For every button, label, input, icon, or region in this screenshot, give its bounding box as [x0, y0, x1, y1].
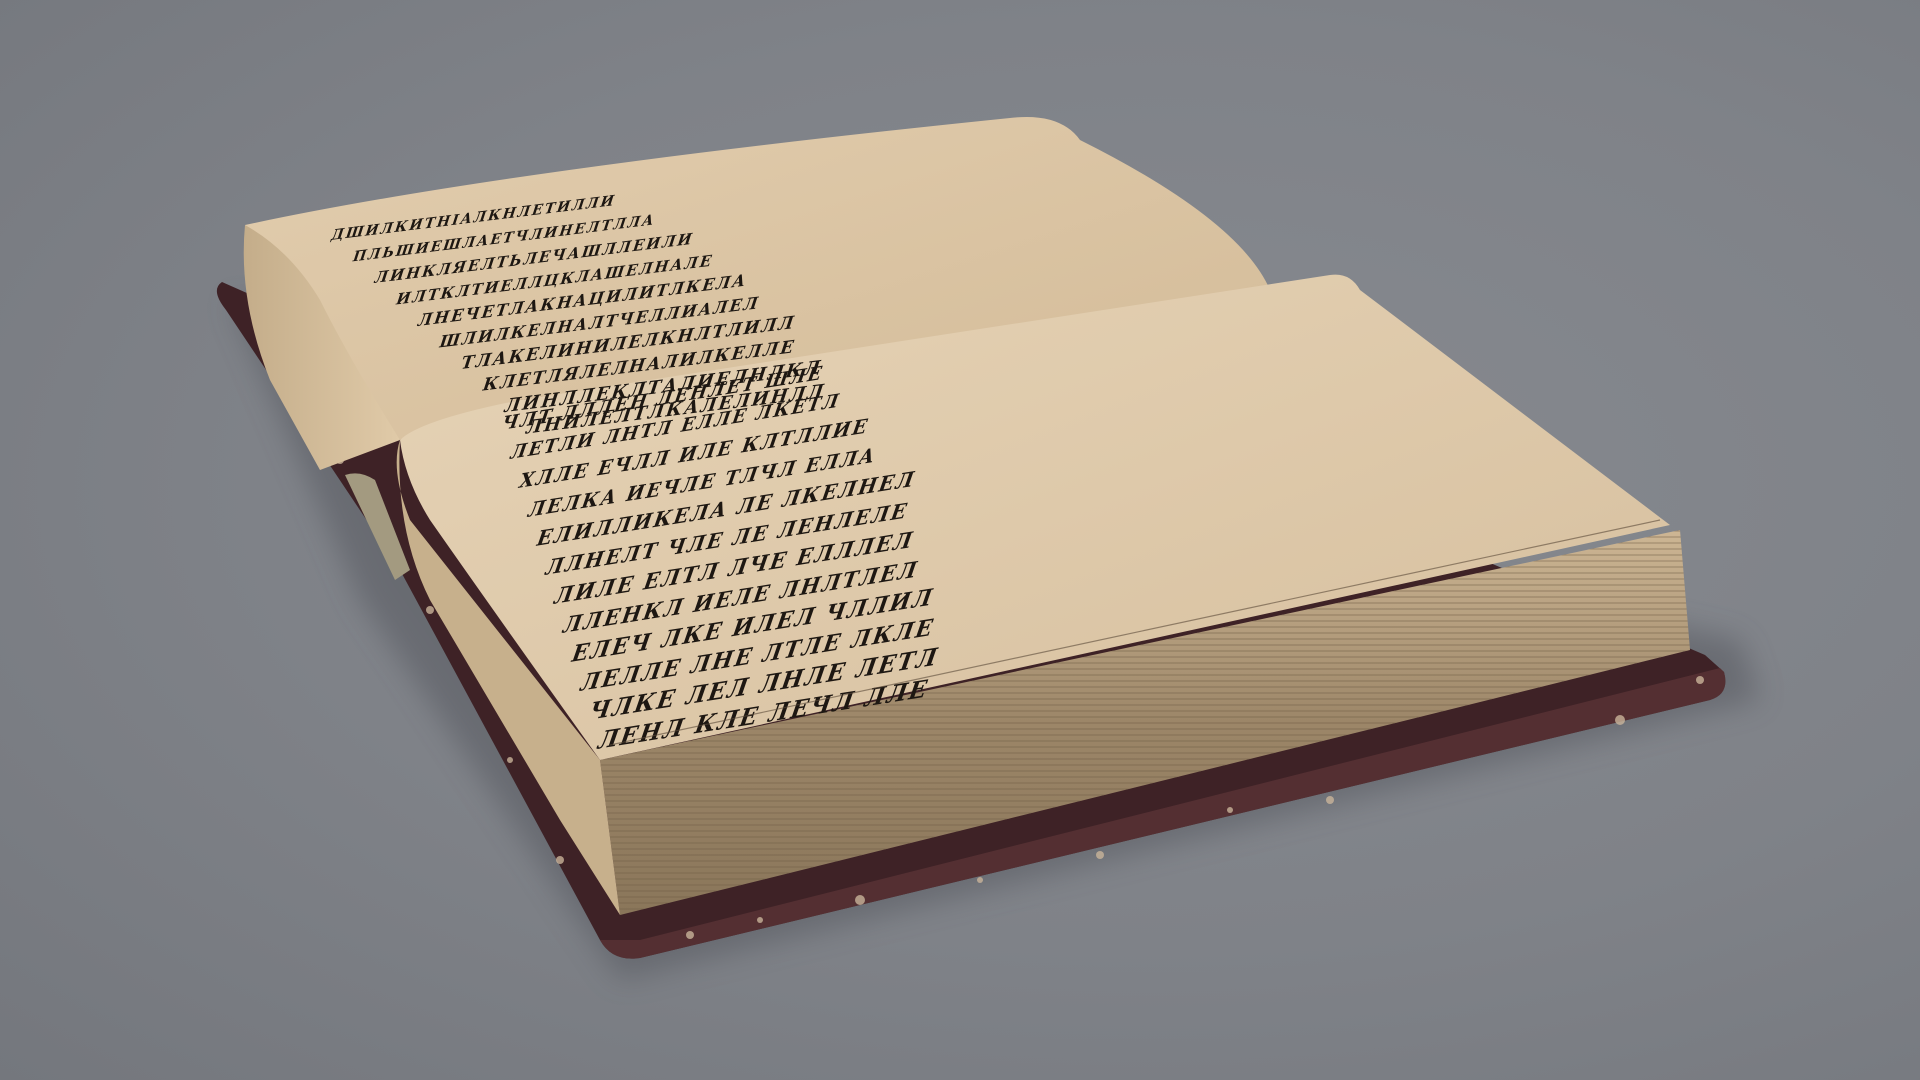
- open-book-illustration: ДШИЛКИТНІАЛКНЛЕТИЛЛИ ПЛЬШИЕШЛАЕТЧЛИНЕЛТЛ…: [0, 0, 1920, 1080]
- book-scene: ДШИЛКИТНІАЛКНЛЕТИЛЛИ ПЛЬШИЕШЛАЕТЧЛИНЕЛТЛ…: [0, 0, 1920, 1080]
